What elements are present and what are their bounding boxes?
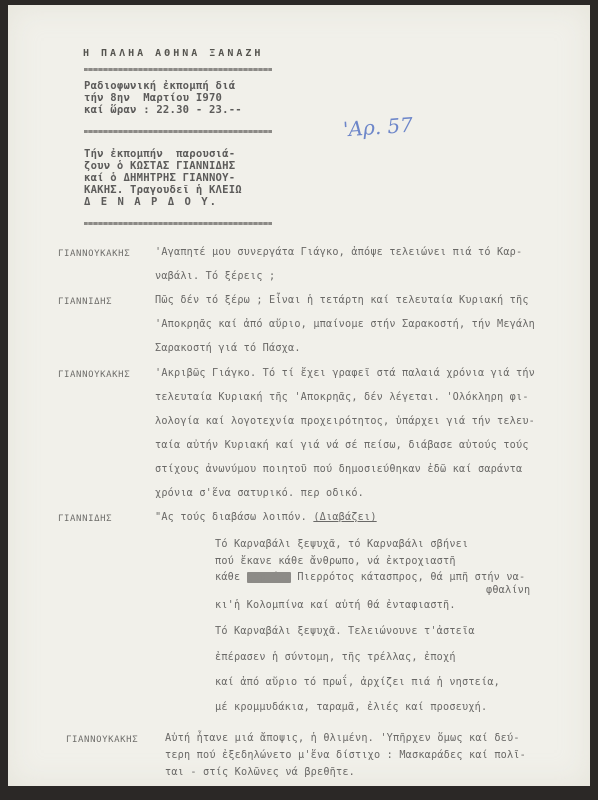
dialogue-line: 'Ακριβῶς Γιάγκο. Τό τί ἔχει γραφεῖ στά π… [155, 368, 535, 379]
dialogue-line: στίχους ἀνωνύμου ποιητοῦ πού δημοσιεύθηκ… [155, 464, 522, 475]
dialogue-line: Πῶς δέν τό ξέρω ; Εἶναι ἡ τετάρτη καί τε… [155, 295, 529, 306]
poem-line-continuation: φθαλίνη [486, 585, 530, 596]
dialogue-line: Αὐτή ἦτανε μιά ἄποψις, ἡ θλιμένη. 'Υπῆρχ… [165, 733, 520, 744]
dialogue-line: ναβάλι. Τό ξέρεις ; [155, 271, 275, 282]
speaker-label: ΓΙΑΝΝΙΔΗΣ [58, 297, 112, 307]
dialogue-line: τερη πού ἐξεδηλώνετο μ'ἕνα δίστιχο : Μασ… [165, 750, 526, 761]
poem-text: Πιερρότος κάτασπρος, θά μπῆ στήν να- [291, 572, 525, 583]
credits-line-1: Τήν ἐκπομπήν παρουσιά- [84, 148, 235, 160]
poem-line: Τό Καρναβάλι ξεψυχᾶ, τό Καρναβάλι σβήνει [215, 539, 468, 550]
header-rule-2 [84, 130, 272, 133]
speaker-label: ΓΙΑΝΝΟΥΚΑΚΗΣ [58, 249, 130, 259]
broadcast-line-3: καί ὥραν : 22.30 - 23.-- [84, 104, 242, 116]
dialogue-text: "Ας τούς διαβάσω λοιπόν. [155, 512, 313, 523]
dialogue-line: ταία αὐτήν Κυριακή καί γιά νά σέ πείσω, … [155, 440, 529, 451]
credits-line-5: Δ Ε Ν Α Ρ Δ Ο Υ. [84, 196, 218, 208]
poem-text: κάθε [215, 572, 247, 583]
header-rule-1 [84, 68, 272, 71]
credits-line-3: καί ὁ ΔΗΜΗΤΡΗΣ ΓΙΑΝΝΟΥ- [84, 172, 235, 184]
header-rule-3 [84, 222, 272, 225]
dialogue-line: ται - στίς Κολῶνες νά βρεθῆτε. [165, 767, 355, 778]
dialogue-line: "Ας τούς διαβάσω λοιπόν. (Διαβάζει) [155, 512, 377, 523]
stage-direction: (Διαβάζει) [313, 512, 376, 523]
poem-line: πού ἔκανε κάθε ἄνθρωπο, νά ἐκτροχιαστῆ [215, 556, 456, 567]
dialogue-line: 'Αποκρηᾶς καί ἀπό αὔριο, μπαίνομε στήν Σ… [155, 319, 535, 330]
typewritten-page: Η ΠΑΛΗΑ ΑΘΗΝΑ ΞΑΝΑΖΗ Ραδιοφωνική ἐκπομπή… [8, 5, 590, 786]
credits-line-2: ζουν ὁ ΚΩΣΤΑΣ ΓΙΑΝΝΙΔΗΣ [84, 160, 235, 172]
dialogue-line: χρόνια σ'ἕνα σατυρικό. περ οδικό. [155, 488, 364, 499]
poem-line: ἐπέρασεν ἡ σύντομη, τῆς τρέλλας, ἐποχή [215, 652, 456, 663]
struck-out-word: ξεφτέρα [247, 572, 291, 583]
poem-line: κάθε ξεφτέρα Πιερρότος κάτασπρος, θά μπῆ… [215, 572, 525, 583]
speaker-label: ΓΙΑΝΝΟΥΚΑΚΗΣ [58, 370, 130, 380]
program-title: Η ΠΑΛΗΑ ΑΘΗΝΑ ΞΑΝΑΖΗ [83, 48, 263, 59]
handwritten-reference-number: 'Αρ. 57 [342, 113, 413, 142]
broadcast-line-1: Ραδιοφωνική ἐκπομπή διά [84, 80, 235, 92]
speaker-label: ΓΙΑΝΝΟΥΚΑΚΗΣ [66, 735, 138, 745]
poem-line: κι'ἡ Κολομπίνα καί αὐτή θά ἐνταφιαστῆ. [215, 600, 456, 611]
speaker-label: ΓΙΑΝΝΙΔΗΣ [58, 514, 112, 524]
poem-line: καί ἀπό αὔριο τό πρωΐ, ἀρχίζει πιά ἡ νησ… [215, 677, 500, 688]
poem-line: Τό Καρναβάλι ξεψυχᾶ. Τελειώνουνε τ'ἀστεῖ… [215, 626, 475, 637]
dialogue-line: τελευταία Κυριακή τῆς 'Αποκρηᾶς, δέν λέγ… [155, 392, 529, 403]
credits-line-4: ΚΑΚΗΣ. Τραγουδεῖ ἡ ΚΛΕΙΩ [84, 184, 242, 196]
dialogue-line: 'Αγαπητέ μου συνεργάτα Γιάγκο, ἀπόψε τελ… [155, 247, 522, 258]
poem-line: μέ κρομμυδάκια, ταραμᾶ, ἐλιές καί προσευ… [215, 702, 487, 713]
dialogue-line: Σαρακοστή γιά τό Πάσχα. [155, 343, 301, 354]
broadcast-line-2: τήν 8ην Μαρτίου Ι970 [84, 92, 222, 104]
dialogue-line: λολογία καί λογοτεχνία προχειρότητος, ὑπ… [155, 416, 535, 427]
